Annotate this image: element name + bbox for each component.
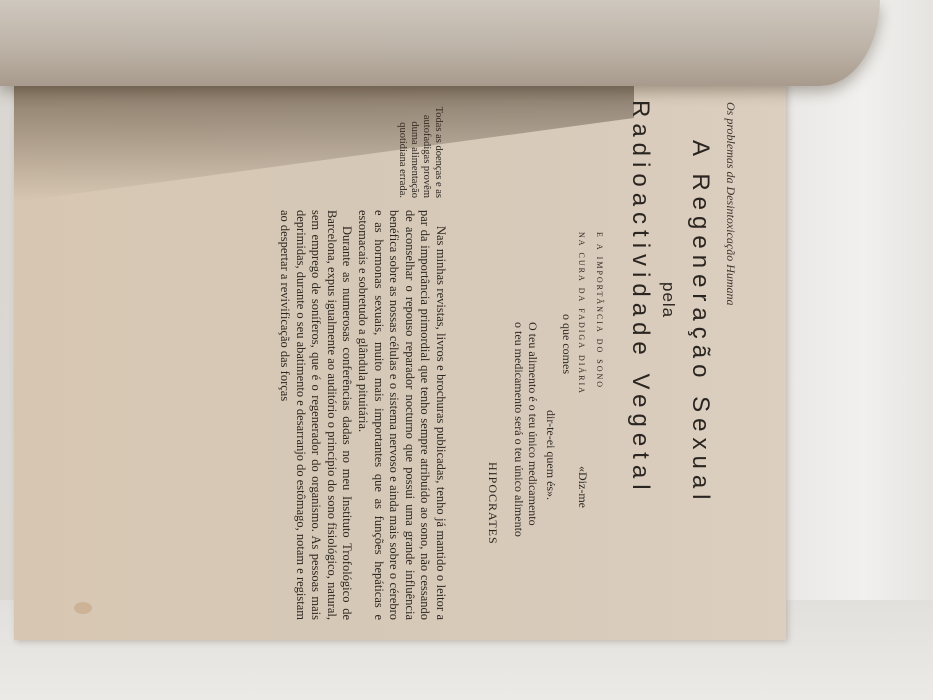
epigraph-line: o que comes — [560, 314, 574, 374]
title-line-1: A Regeneração Sexual — [686, 140, 714, 506]
body-text: Nas minhas revistas, livros e brochuras … — [276, 210, 448, 620]
paragraph: Nas minhas revistas, livros e brochuras … — [354, 210, 448, 620]
title-line-2: pela — [658, 282, 678, 318]
subtitle-line-1: e a importância do sono — [593, 232, 608, 389]
epigraph-author: HIPOCRATES — [485, 462, 500, 545]
epigraph-line: o teu medicamento será o teu único alime… — [512, 322, 526, 537]
epigraph-line: O teu alimento é o teu único medicamento — [526, 322, 540, 526]
subtitle-line-2: na cura da fadiga diária — [575, 232, 590, 395]
title-line-3: Radioactividade Vegetal — [626, 100, 654, 496]
epigraph-line: «Diz-me — [576, 466, 590, 508]
curled-page — [0, 0, 880, 86]
running-head: Os problemas da Desintoxicação Humana — [723, 102, 738, 306]
epigraph-line: dir-te-ei quem és». — [544, 410, 558, 500]
book-page: Os problemas da Desintoxicação Humana A … — [14, 82, 786, 640]
paragraph: Durante as numerosas conferências dadas … — [276, 210, 354, 620]
